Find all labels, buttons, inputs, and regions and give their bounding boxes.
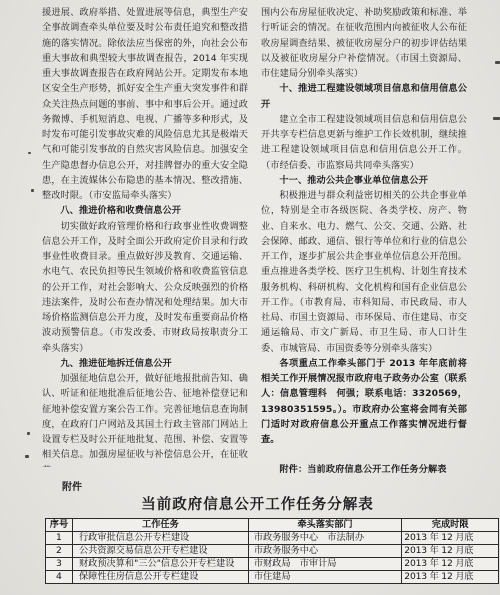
table-header-row: 序号 工作任务 牵头落实部门 完成时限 [46,519,499,532]
left-column: 援进展、政府举措、处置进展等信息，典型生产安全事故调查牵头单位要及时公布责任追究… [42,5,248,467]
header-department: 牵头落实部门 [248,519,401,532]
cell-index: 1 [46,532,73,545]
task-table: 序号 工作任务 牵头落实部门 完成时限 1 行政审批信息公开专栏建设 市政务服务… [45,518,499,584]
cell-task: 保障性住房信息公开专栏建设 [72,571,248,584]
document-page: 援进展、政府举措、处置进展等信息，典型生产安全事故调查牵头单位要及时公布责任追究… [0,0,500,595]
cell-deadline: 2013 年 12 月底 [402,571,499,584]
scan-artifact [27,432,30,435]
table-title: 当前政府信息公开工作任务分解表 [10,493,500,514]
right-column: 围内公布房屋征收决定、补助奖励政策和标准、举行听证会的情况。在征收范围内向被征收… [261,5,467,473]
cell-deadline: 2013 年 12 月底 [402,532,499,545]
table-row: 1 行政审批信息公开专栏建设 市政务服务中心 市法制办 2013 年 12 月底 [46,532,499,545]
scan-artifact [28,152,31,154]
cell-department: 市财政局 市审计局 [248,558,401,571]
header-deadline: 完成时限 [402,519,499,532]
scan-artifact [31,189,34,192]
section-11-heading: 十一、推动公共企事业单位信息公开 [261,173,467,188]
paragraph-expropriation-continuation: 围内公布房屋征收决定、补助奖励政策和标准、举行听证会的情况。在征收范围内向被征收… [261,5,467,81]
cell-index: 2 [46,545,73,558]
cell-index: 4 [46,571,73,584]
header-task: 工作任务 [72,519,248,532]
scan-artifact [493,117,500,120]
cell-task: 公共资源交易信息公开专栏建设 [72,545,248,558]
section-8-heading: 八、推进价格和收费信息公开 [42,203,248,218]
section-8-paragraph: 切实做好政府管理价格和行政事业性收费调整信息公开工作，及时全面公开政府定价目录和… [42,219,248,356]
section-10-paragraph: 建立全市工程建设领域项目信息和信用信息公开共享专栏信息更新与维护工作长效机制，继… [261,112,467,173]
table-row: 3 财政预决算和"三公"信息公开专栏建设 市财政局 市审计局 2013 年 12… [46,558,499,571]
section-11-paragraph: 积极推进与群众利益密切相关的公共企事业单位，特别是全市各级医院、各类学校、房产、… [261,188,467,356]
table-row: 2 公共资源交易信息公开专栏建设 市政务服务中心 2013 年 12 月底 [46,545,499,558]
section-10-heading: 十、推进工程建设领域项目信息和信用信息公开 [261,81,467,112]
scan-artifact [25,455,29,458]
attachment-reference: 附件：当前政府信息公开工作任务分解表 [261,462,467,473]
attachment-label: 附件 [62,478,82,493]
table-row: 4 保障性住房信息公开专栏建设 市住建局 2013 年 12 月底 [46,571,499,584]
cell-department: 市政务服务中心 市法制办 [248,532,401,545]
header-index: 序号 [46,519,73,532]
contact-paragraph: 各项重点工作牵头部门于 2013 年年底前将相关工作开展情况报市政府电子政务办公… [261,356,467,448]
cell-task: 行政审批信息公开专栏建设 [72,532,248,545]
cell-index: 3 [46,558,73,571]
section-9-heading: 九、推进征地拆迁信息公开 [42,356,248,371]
cell-department: 市住建局 [248,571,401,584]
cell-department: 市政务服务中心 [248,545,401,558]
section-9-paragraph: 加强征地信息公开，做好征地报批前告知、确认、听证和征地批准后征地公告、征地补偿登… [42,371,248,467]
cell-deadline: 2013 年 12 月底 [402,545,499,558]
cell-task: 财政预决算和"三公"信息公开专栏建设 [72,558,248,571]
scan-artifact [495,61,500,64]
cell-deadline: 2013 年 12 月底 [402,558,499,571]
paragraph-safety-continuation: 援进展、政府举措、处置进展等信息，典型生产安全事故调查牵头单位要及时公布责任追究… [42,5,248,203]
